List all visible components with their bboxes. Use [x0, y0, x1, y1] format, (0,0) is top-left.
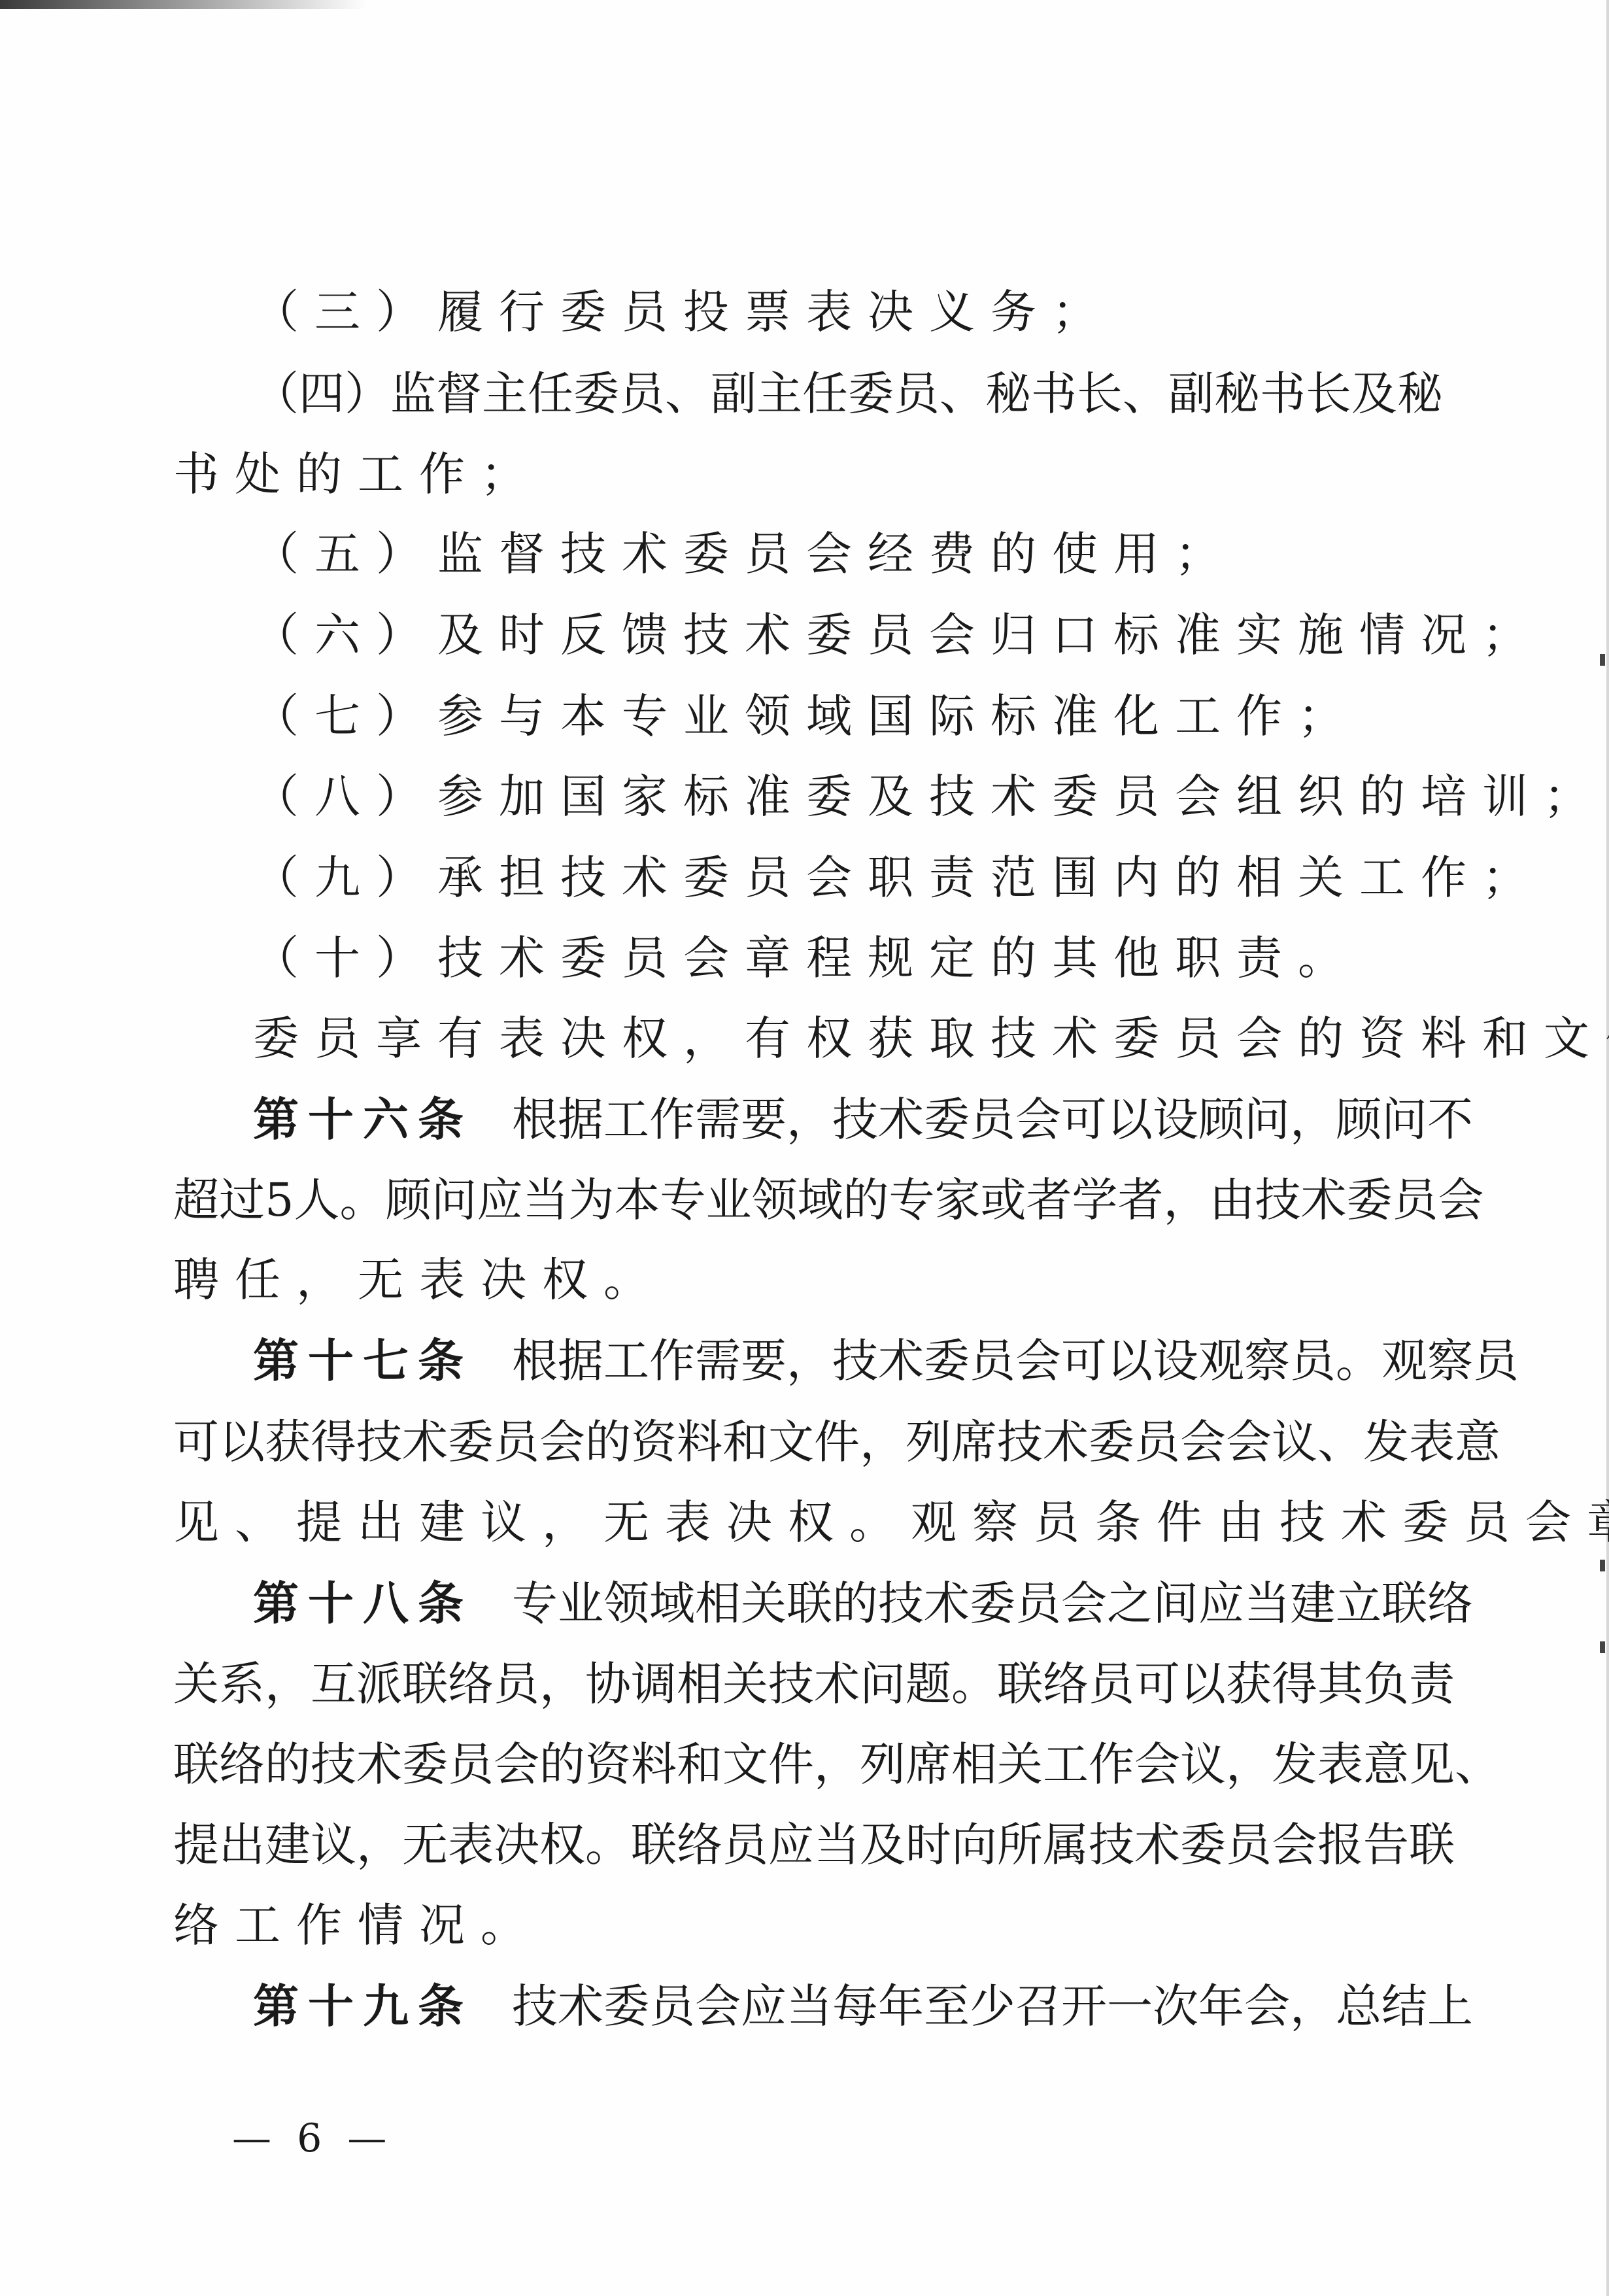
article-text: 根据工作需要，技术委员会可以设顾问，顾问不	[512, 1093, 1473, 1146]
list-text: 监督主任委员、副主任委员、秘书长、副秘书长及秘	[390, 367, 1443, 420]
article-18-line-5: 络工作情况。	[173, 1902, 542, 1948]
list-marker: （七）	[253, 689, 437, 743]
document-page: （三）履行委员投票表决义务； （四）监督主任委员、副主任委员、秘书长、副秘书长及…	[0, 0, 1609, 2296]
closing-paragraph: 委员享有表决权，有权获取技术委员会的资料和文件。	[253, 1016, 1609, 1061]
list-item-6: （六）及时反馈技术委员会归口标准实施情况；	[253, 612, 1544, 658]
list-marker: （八）	[253, 770, 437, 823]
list-marker: （三）	[253, 285, 437, 339]
list-item-3: （三）履行委员投票表决义务；	[253, 289, 1113, 335]
list-text: 及时反馈技术委员会归口标准实施情况；	[437, 608, 1544, 662]
article-19-line-1: 第十九条技术委员会应当每年至少召开一次年会，总结上	[253, 1983, 1393, 2029]
list-item-5: （五）监督技术委员会经费的使用；	[253, 531, 1236, 577]
article-text: 根据工作需要，技术委员会可以设观察员。观察员	[512, 1334, 1519, 1388]
binding-mark	[1600, 1641, 1605, 1653]
list-marker: （六）	[253, 608, 437, 662]
article-18-line-1: 第十八条专业领域相关联的技术委员会之间应当建立联络	[253, 1581, 1393, 1626]
article-17-line-1: 第十七条根据工作需要，技术委员会可以设观察员。观察员	[253, 1338, 1393, 1384]
scan-shadow	[0, 0, 366, 9]
list-text: 监督技术委员会经费的使用；	[437, 527, 1236, 581]
binding-mark	[1600, 1560, 1605, 1571]
article-18-line-4: 提出建议，无表决权。联络员应当及时向所属技术委员会报告联	[173, 1822, 1393, 1868]
list-item-4-continuation: 书处的工作；	[173, 451, 542, 497]
list-text: 技术委员会章程规定的其他职责。	[437, 931, 1359, 985]
list-item-10: （十）技术委员会章程规定的其他职责。	[253, 935, 1359, 981]
page-number: — 6 —	[232, 2119, 393, 2158]
article-text: 技术委员会应当每年至少召开一次年会，总结上	[512, 1979, 1473, 2033]
article-text: 专业领域相关联的技术委员会之间应当建立联络	[512, 1577, 1473, 1630]
list-text: 参与本专业领域国际标准化工作；	[437, 689, 1359, 743]
scan-edge	[1606, 0, 1609, 2296]
article-18-line-2: 关系，互派联络员，协调相关技术问题。联络员可以获得其负责	[173, 1661, 1393, 1707]
list-marker: （五）	[253, 527, 437, 581]
article-17-line-3: 见、提出建议，无表决权。观察员条件由技术委员会章程规定。	[173, 1499, 1609, 1545]
article-18-line-3: 联络的技术委员会的资料和文件，列席相关工作会议，发表意见、	[173, 1741, 1393, 1787]
article-16-line-3: 聘任，无表决权。	[173, 1257, 665, 1303]
list-item-9: （九）承担技术委员会职责范围内的相关工作；	[253, 855, 1544, 900]
list-text: 履行委员投票表决义务；	[437, 285, 1113, 339]
article-heading: 第十八条	[253, 1577, 473, 1630]
article-heading: 第十六条	[253, 1093, 473, 1146]
list-text: 参加国家标准委及技术委员会组织的培训；	[437, 770, 1605, 823]
binding-mark	[1600, 654, 1605, 666]
article-16-line-1: 第十六条根据工作需要，技术委员会可以设顾问，顾问不	[253, 1097, 1393, 1142]
list-item-4: （四）监督主任委员、副主任委员、秘书长、副秘书长及秘	[253, 371, 1393, 417]
list-marker: （四）	[253, 367, 390, 420]
list-text: 承担技术委员会职责范围内的相关工作；	[437, 851, 1544, 904]
article-heading: 第十九条	[253, 1979, 473, 2033]
list-marker: （十）	[253, 931, 437, 985]
list-item-7: （七）参与本专业领域国际标准化工作；	[253, 693, 1359, 739]
list-marker: （九）	[253, 851, 437, 904]
article-16-line-2: 超过5人。顾问应当为本专业领域的专家或者学者，由技术委员会	[173, 1177, 1393, 1223]
article-heading: 第十七条	[253, 1334, 473, 1388]
list-item-8: （八）参加国家标准委及技术委员会组织的培训；	[253, 774, 1605, 819]
article-17-line-2: 可以获得技术委员会的资料和文件，列席技术委员会会议、发表意	[173, 1419, 1393, 1465]
